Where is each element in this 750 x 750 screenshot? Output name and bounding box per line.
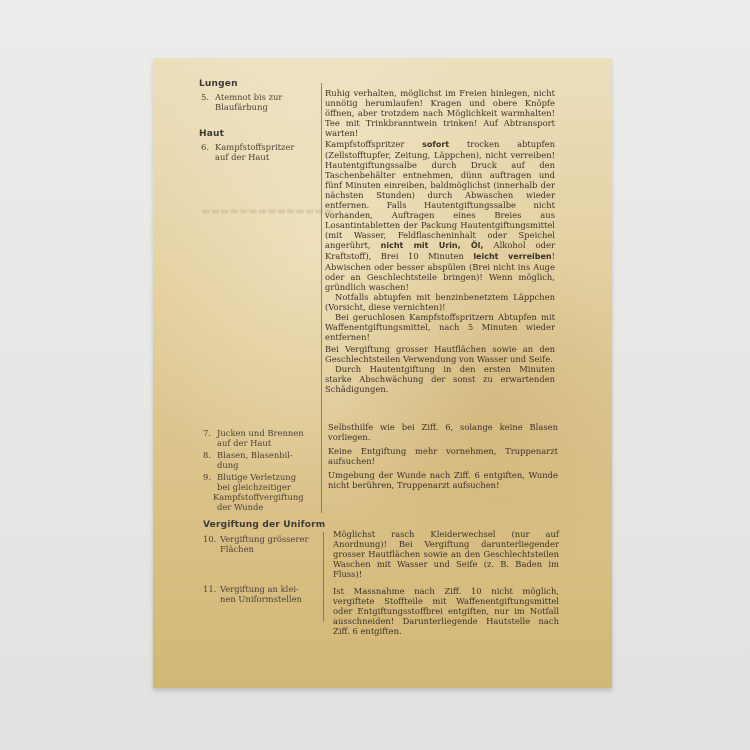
instructions-10: Möglichst rasch Kleiderwechsel (nur auf … [333,529,559,579]
symptom-5: 5.Atemnot bis zur Blaufärbung [201,92,321,112]
symptom-11: 11.Vergiftung an klei- nen Uniformstelle… [203,584,343,604]
section-heading-uniform: Vergiftung der Uniform [203,520,325,530]
bleed-through-text: ▬▬▬▬▬▬▬▬▬▬▬▬▬▬ [201,206,333,217]
section-heading-lungen: Lungen [199,79,238,89]
instructions-7: Selbsthilfe wie bei Ziff. 6, solange kei… [328,422,558,442]
instructions-5: Ruhig verhalten, möglichst im Freien hin… [325,88,555,138]
symptom-9: 9.Blutige Verletzung bei gleichzeitiger … [203,472,338,512]
document-sheet: Lungen 5.Atemnot bis zur Blaufärbung Hau… [153,58,612,688]
instructions-11: Ist Massnahme nach Ziff. 10 nicht möglic… [333,586,559,636]
instructions-8: Keine Entgiftung mehr vornehmen, Truppen… [328,446,558,466]
section-heading-haut: Haut [199,129,224,139]
column-divider-upper [321,83,322,513]
instructions-6: Kampfstoffspritzer sofort trocken abtupf… [325,139,555,394]
instructions-9: Umgebung der Wunde nach Ziff. 6 entgifte… [328,470,558,490]
symptom-8: 8.Blasen, Blasenbil- dung [203,450,333,470]
symptom-7: 7.Jucken und Brennen auf der Haut [203,428,333,448]
symptom-10: 10.Vergiftung grösserer Flächen [203,534,343,554]
symptom-6: 6.Kampfstoffspritzer auf der Haut [201,142,326,162]
column-divider-lower [323,532,324,622]
